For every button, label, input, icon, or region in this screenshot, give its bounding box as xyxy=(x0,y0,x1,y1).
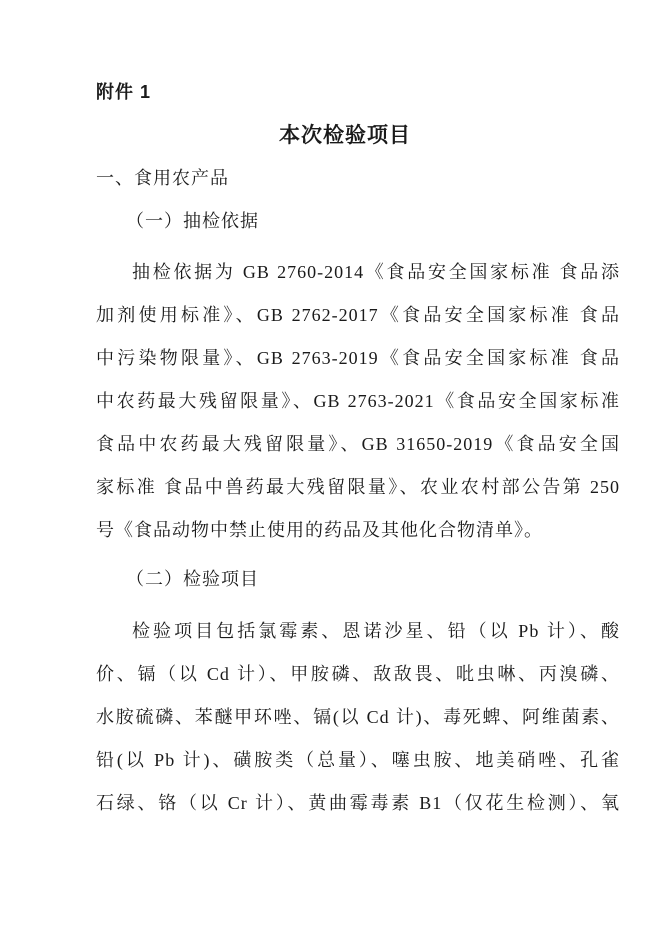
subsection-heading-inspection-items: （二）检验项目 xyxy=(96,558,620,601)
paragraph-line: 石绿、铬（以 Cr 计）、黄曲霉毒素 B1（仅花生检测）、氧 xyxy=(96,782,620,825)
paragraph-line: 中污染物限量》、GB 2763-2019《食品安全国家标准 食品 xyxy=(96,337,620,380)
subsection-heading-sampling-basis: （一）抽检依据 xyxy=(96,200,620,243)
paragraph-inspection-items: 检验项目包括氯霉素、恩诺沙星、铅（以 Pb 计）、酸 价、镉（以 Cd 计）、甲… xyxy=(96,610,620,825)
section-heading-edible-agricultural-products: 一、食用农产品 xyxy=(96,157,620,200)
paragraph-line: 加剂使用标准》、GB 2762-2017《食品安全国家标准 食品 xyxy=(96,294,620,337)
document-content: 附件 1 本次检验项目 一、食用农产品 （一）抽检依据 抽检依据为 GB 276… xyxy=(96,71,620,825)
attachment-label: 附件 1 xyxy=(96,71,620,114)
paragraph-line: 铅(以 Pb 计)、磺胺类（总量）、噻虫胺、地美硝唑、孔雀 xyxy=(96,739,620,782)
document-page: 附件 1 本次检验项目 一、食用农产品 （一）抽检依据 抽检依据为 GB 276… xyxy=(0,0,662,936)
paragraph-line: 检验项目包括氯霉素、恩诺沙星、铅（以 Pb 计）、酸 xyxy=(96,610,620,653)
paragraph-line: 号《食品动物中禁止使用的药品及其他化合物清单》。 xyxy=(96,509,620,552)
paragraph-sampling-basis: 抽检依据为 GB 2760-2014《食品安全国家标准 食品添 加剂使用标准》、… xyxy=(96,251,620,552)
paragraph-line: 中农药最大残留限量》、GB 2763-2021《食品安全国家标准 xyxy=(96,380,620,423)
paragraph-line: 食品中农药最大残留限量》、GB 31650-2019《食品安全国 xyxy=(96,423,620,466)
paragraph-line: 家标准 食品中兽药最大残留限量》、农业农村部公告第 250 xyxy=(96,466,620,509)
document-title: 本次检验项目 xyxy=(70,114,620,157)
paragraph-line: 水胺硫磷、苯醚甲环唑、镉(以 Cd 计)、毒死蜱、阿维菌素、 xyxy=(96,696,620,739)
paragraph-line: 抽检依据为 GB 2760-2014《食品安全国家标准 食品添 xyxy=(96,251,620,294)
paragraph-line: 价、镉（以 Cd 计）、甲胺磷、敌敌畏、吡虫啉、丙溴磷、 xyxy=(96,653,620,696)
